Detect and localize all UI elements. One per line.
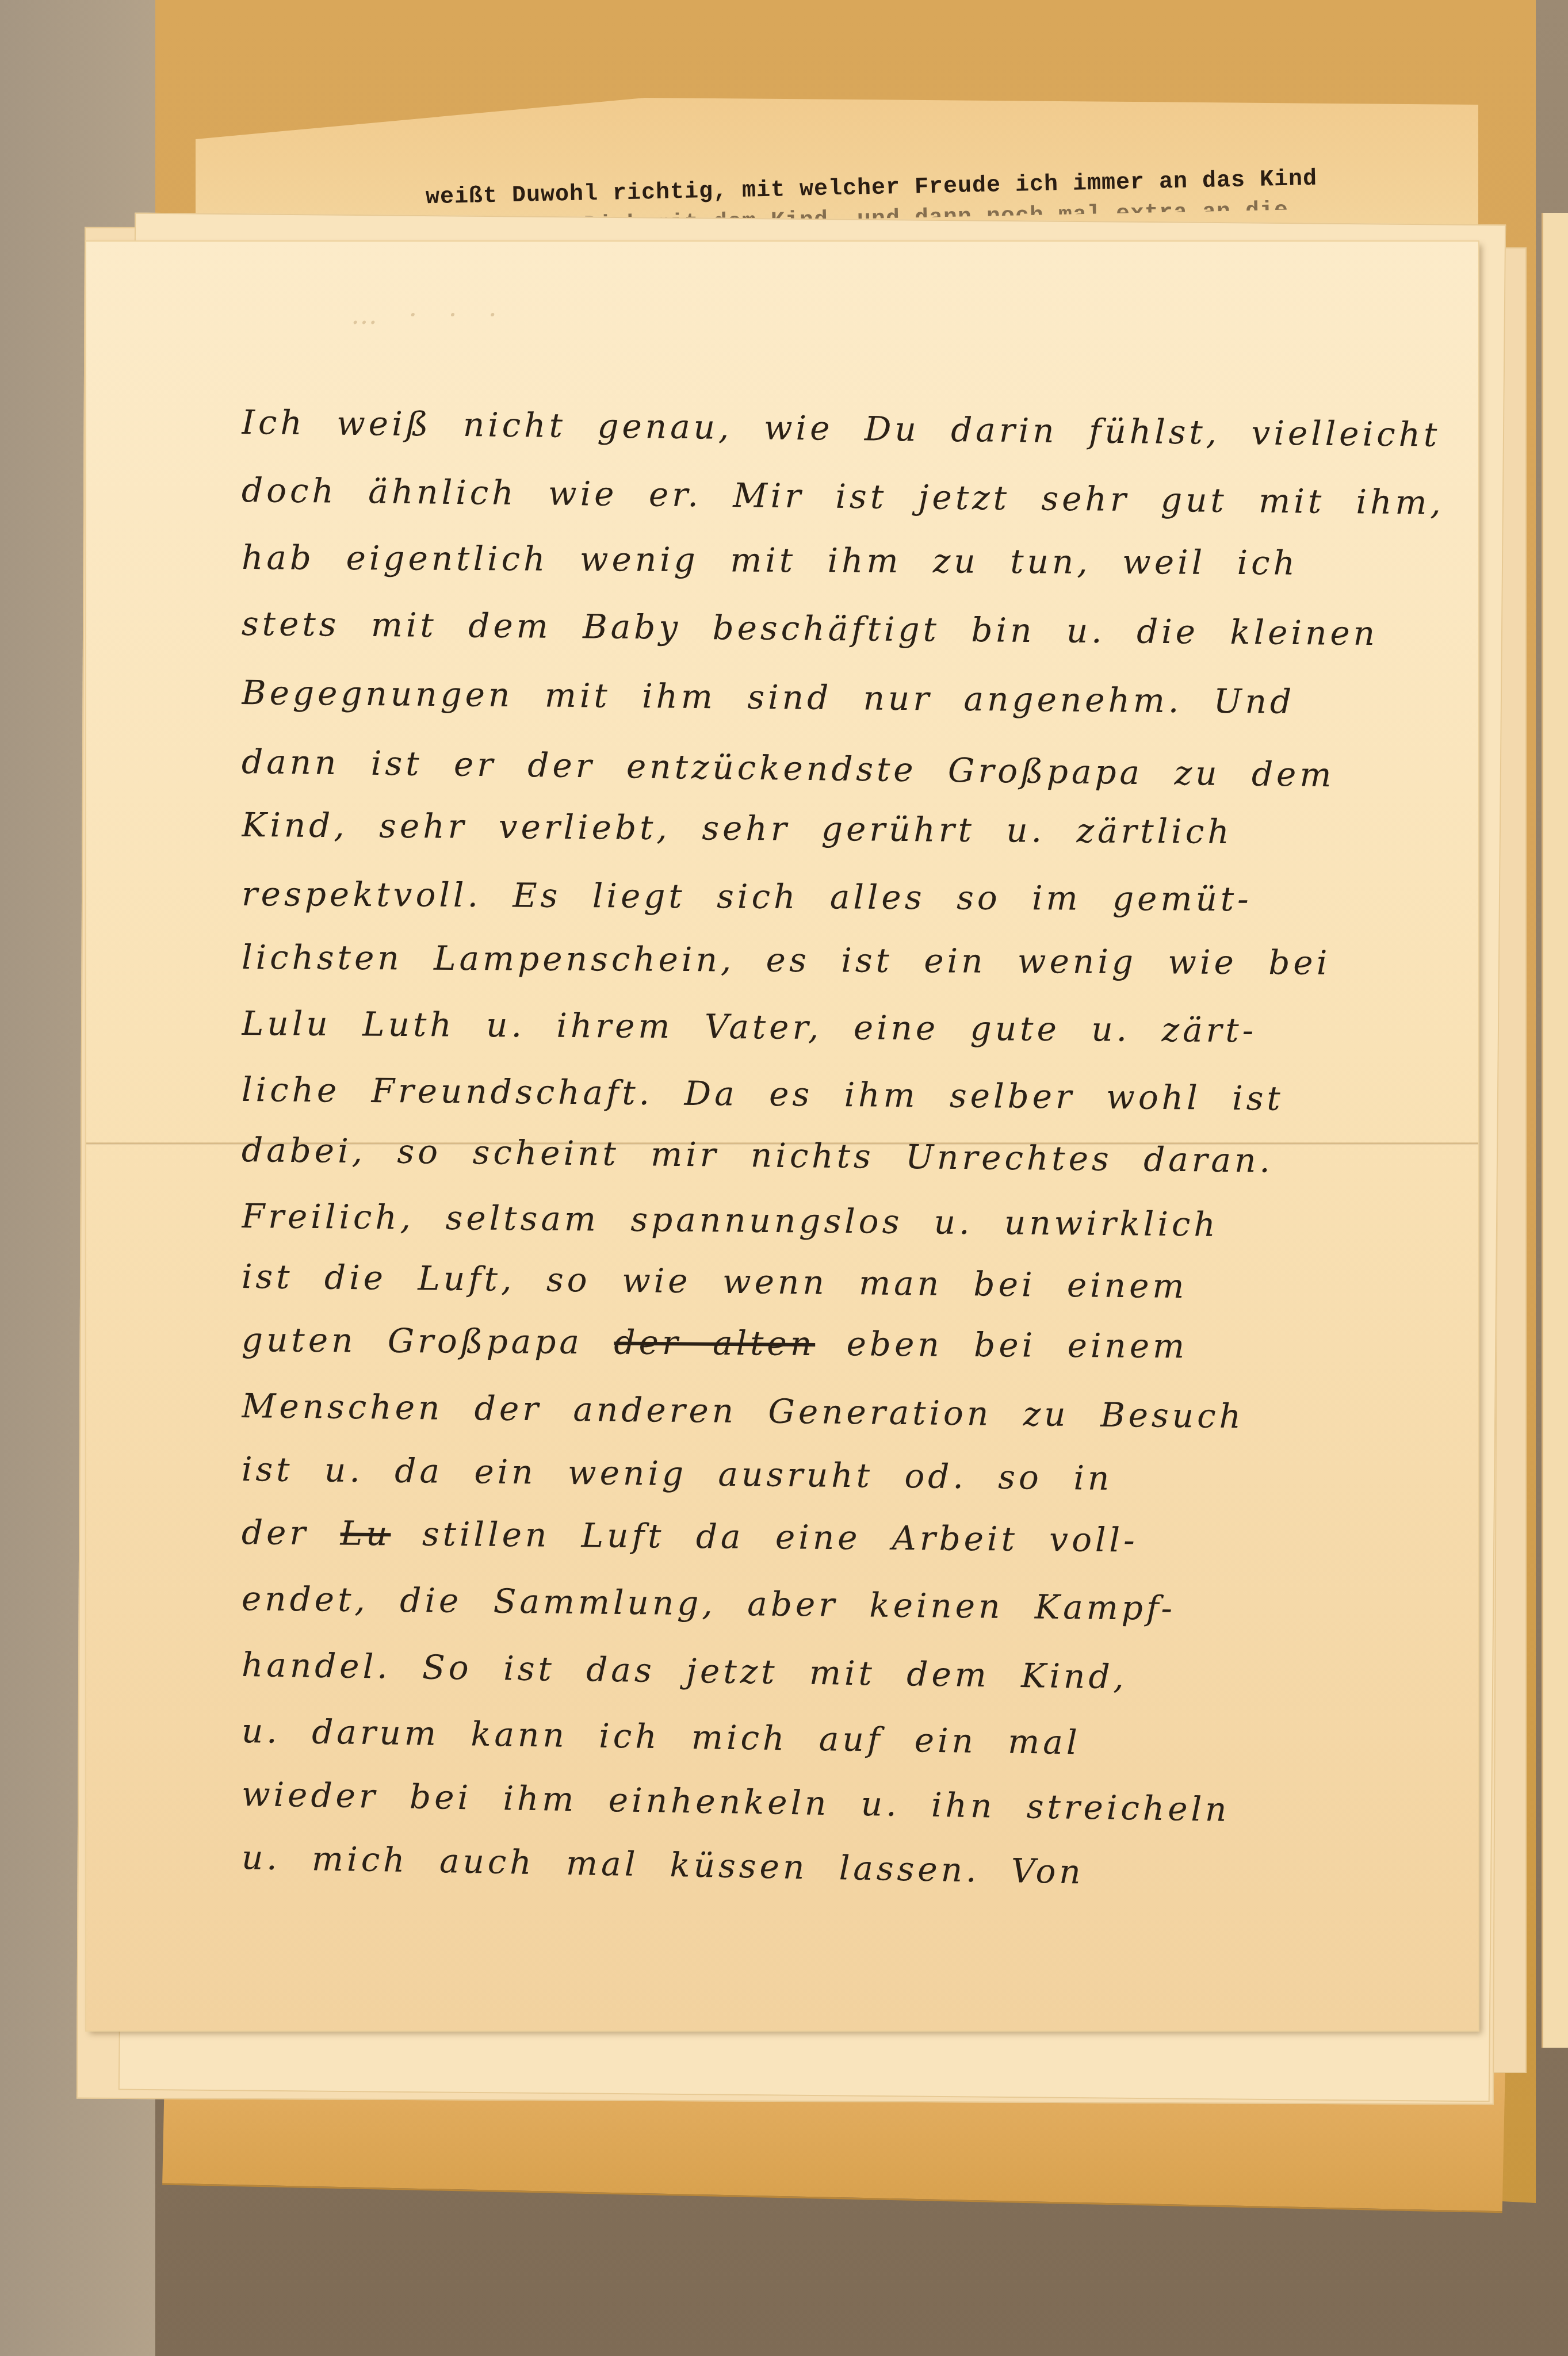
struck-out-text: der alten bbox=[614, 1323, 815, 1363]
letter-text: stillen Luft da eine Arbeit voll- bbox=[422, 1514, 1138, 1560]
letter-line-corrected: der Lu stillen Luft da eine Arbeit voll- bbox=[242, 1513, 1138, 1560]
adjacent-paper-stack bbox=[1542, 213, 1568, 2048]
struck-out-text: Lu bbox=[340, 1513, 391, 1553]
letter-line-start: guten Großpapa der alten eben bei einem bbox=[242, 1320, 1188, 1366]
faint-bleed-through-header: … · · · bbox=[351, 299, 508, 330]
letter-line: lichsten Lampenschein, es ist ein wenig … bbox=[242, 938, 1473, 983]
letter-line: hab eigentlich wenig mit ihm zu tun, wei… bbox=[242, 538, 1473, 583]
letter-text: der bbox=[242, 1513, 309, 1552]
letter-text: eben bei einem bbox=[846, 1324, 1188, 1366]
letter-text: guten Großpapa bbox=[242, 1320, 583, 1361]
letter-line: respektvoll. Es liegt sich alles so im g… bbox=[242, 874, 1473, 920]
